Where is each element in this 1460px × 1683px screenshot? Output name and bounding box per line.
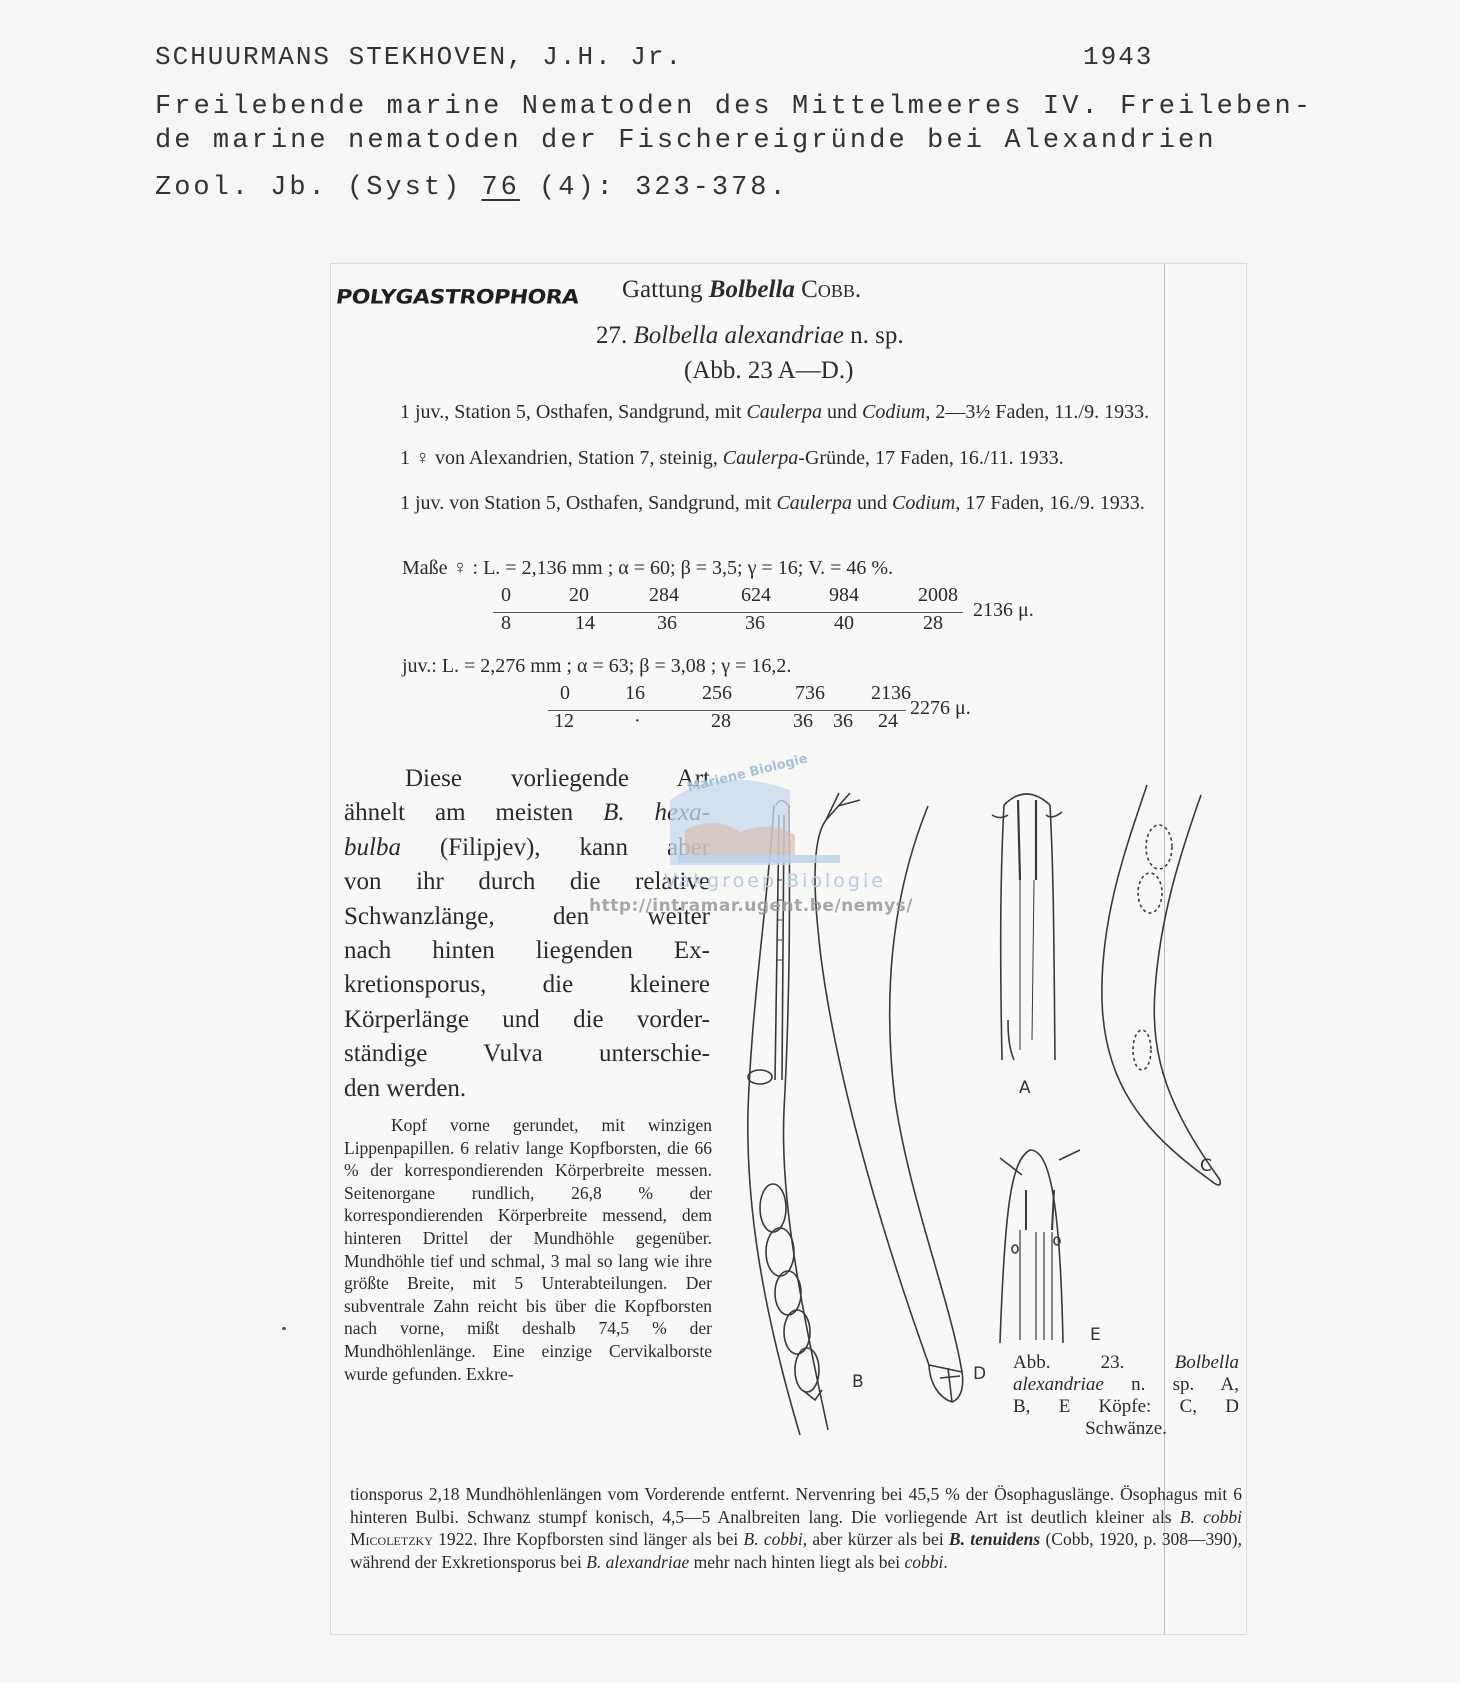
- figure-label-a: A: [1019, 1078, 1031, 1098]
- figure-label-d: D: [973, 1364, 986, 1384]
- caption-line: Abb. 23. Bolbella: [1013, 1352, 1239, 1374]
- caption-line: Schwänze.: [1013, 1418, 1239, 1440]
- discussion-line: den werden.: [344, 1072, 710, 1106]
- genus-author: Cobb.: [801, 276, 861, 303]
- figure-e-head-drawing: [1000, 1150, 1080, 1343]
- record-text: -Gründe, 17 Faden, 16./11. 1933.: [798, 447, 1063, 469]
- discussion-line: bulba (Filipjev), kann aber: [344, 831, 710, 865]
- discussion-line: Diese vorliegende Art: [344, 762, 710, 796]
- figure-c-tail-drawing: [1102, 785, 1220, 1185]
- discussion-line: kretionsporus, die kleinere: [344, 968, 710, 1002]
- record-text: und: [852, 492, 892, 514]
- record-text: 1 juv., Station 5, Osthafen, Sandgrund, …: [400, 401, 746, 423]
- formula-numerator: 2136: [871, 682, 911, 705]
- discussion-paragraph: Diese vorliegende Art ähnelt am meisten …: [344, 762, 710, 1106]
- formula-denominator: 36: [745, 612, 765, 635]
- discussion-taxon: bulba: [344, 834, 401, 861]
- taxon: B. cobbi: [1180, 1507, 1242, 1527]
- formula-bar: [493, 612, 963, 613]
- caption-line: alexandriae n. sp. A,: [1013, 1374, 1239, 1396]
- scanned-card: SCHUURMANS STEKHOVEN, J.H. Jr. 1943 Frei…: [0, 0, 1460, 1683]
- formula-numerator: 256: [702, 682, 732, 705]
- record-taxon: Codium: [892, 492, 955, 514]
- female-measurements: Maße ♀ : L. = 2,136 mm ; α = 60; β = 3,5…: [402, 557, 893, 580]
- formula-numerator: 20: [569, 584, 589, 607]
- description-text: .: [943, 1552, 947, 1572]
- figure-a-head-drawing: [992, 794, 1062, 1060]
- taxon: B. alexandriae: [586, 1552, 689, 1572]
- discussion-taxon: B. hexa-: [603, 799, 710, 826]
- formula-numerator: 0: [501, 584, 511, 607]
- watermark-band-text: Vakgroep Biologie: [664, 870, 886, 892]
- taxon: B. tenuidens: [949, 1529, 1040, 1549]
- formula-numerator: 16: [625, 682, 645, 705]
- record-3: 1 juv. von Station 5, Osthafen, Sandgrun…: [342, 492, 1234, 514]
- record-taxon: Caulerpa: [776, 492, 852, 514]
- species-suffix: n. sp.: [844, 322, 904, 349]
- formula-denominator: 40: [834, 612, 854, 635]
- record-text: 1 juv. von Station 5, Osthafen, Sandgrun…: [400, 492, 776, 514]
- formula-denominator: ·: [634, 710, 641, 733]
- author-line: SCHUURMANS STEKHOVEN, J.H. Jr.: [155, 42, 683, 72]
- scan-speck: [282, 1327, 286, 1330]
- figure-caption: Abb. 23. Bolbella alexandriae n. sp. A, …: [1013, 1352, 1239, 1440]
- figure-label-e: E: [1090, 1325, 1101, 1345]
- discussion-text: (Filipjev), kann aber: [401, 834, 710, 861]
- formula-numerator: 2008: [918, 584, 958, 607]
- formula-numerator: 736: [795, 682, 825, 705]
- description-text: , aber kürzer als bei: [803, 1529, 949, 1549]
- record-text: , 2—3½ Faden, 11./9. 1933.: [925, 401, 1149, 423]
- formula-bar: [548, 710, 906, 711]
- description-text: Kopf vorne gerundet, mit winzigen Lippen…: [344, 1115, 712, 1384]
- publication-year: 1943: [1083, 42, 1153, 72]
- description-wide: tionsporus 2,18 Mundhöhlenlängen vom Vor…: [350, 1483, 1242, 1573]
- record-taxon: Caulerpa: [723, 447, 799, 469]
- watermark-url: http://intramar.ugent.be/nemys/: [589, 896, 913, 916]
- record-text: und: [822, 401, 862, 423]
- figure-reference: (Abb. 23 A—D.): [684, 357, 853, 385]
- discussion-text: Diese vorliegende Art: [405, 765, 710, 792]
- formula-denominator: 36: [833, 710, 853, 733]
- discussion-line: nach hinten liegenden Ex-: [344, 934, 710, 968]
- formula-denominator: 14: [575, 612, 595, 635]
- title-line-1: Freilebende marine Nematoden des Mittelm…: [155, 92, 1313, 122]
- juvenile-measurements: juv.: L. = 2,276 mm ; α = 63; β = 3,08 ;…: [402, 655, 791, 678]
- species-number: 27.: [596, 322, 634, 349]
- discussion-line: ständige Vulva unterschie-: [344, 1037, 710, 1071]
- formula-numerator: 624: [741, 584, 771, 607]
- handwritten-annotation: POLYGASTROPHORA: [334, 286, 580, 309]
- caption-taxon: alexandriae: [1013, 1374, 1104, 1395]
- formula-denominator: 36: [657, 612, 677, 635]
- record-taxon: Codium: [862, 401, 925, 423]
- journal-citation: Zool. Jb. (Syst) 76 (4): 323-378.: [155, 173, 789, 203]
- record-taxon: Caulerpa: [746, 401, 822, 423]
- formula-denominator: 12: [554, 710, 574, 733]
- formula-denominator: 28: [711, 710, 731, 733]
- description-text: 1922. Ihre Kopfborsten sind länger als b…: [433, 1529, 744, 1549]
- formula-denominator: 24: [878, 710, 898, 733]
- journal-volume: 76: [481, 173, 519, 203]
- record-1: 1 juv., Station 5, Osthafen, Sandgrund, …: [342, 401, 1234, 423]
- genus-heading: Gattung Bolbella Cobb.: [622, 276, 861, 304]
- formula-numerator: 284: [649, 584, 679, 607]
- formula-denominator: 28: [923, 612, 943, 635]
- species-name: Bolbella alexandriae: [634, 322, 844, 349]
- record-2: 1 ♀ von Alexandrien, Station 7, steinig,…: [342, 447, 1234, 469]
- formula-denominator: 36: [793, 710, 813, 733]
- description-narrow: Kopf vorne gerundet, mit winzigen Lippen…: [344, 1114, 712, 1385]
- description-text: tionsporus 2,18 Mundhöhlenlängen vom Vor…: [350, 1484, 1242, 1527]
- discussion-line: ähnelt am meisten B. hexa-: [344, 796, 710, 830]
- record-text: , 17 Faden, 16./9. 1933.: [955, 492, 1144, 514]
- record-text: 1 ♀ von Alexandrien, Station 7, steinig,: [400, 447, 723, 469]
- caption-text: Abb. 23.: [1013, 1352, 1175, 1373]
- formula-total: 2136 μ.: [973, 599, 1034, 622]
- journal-name: Zool. Jb. (Syst): [155, 173, 481, 203]
- author-name: Micoletzky: [350, 1529, 433, 1549]
- formula-total: 2276 μ.: [910, 697, 971, 720]
- genus-name: Bolbella: [709, 276, 795, 303]
- description-text: mehr nach hinten liegt als bei: [689, 1552, 904, 1572]
- caption-line: B, E Köpfe: C, D: [1013, 1396, 1239, 1418]
- discussion-line: Körperlänge und die vorder-: [344, 1003, 710, 1037]
- formula-numerator: 984: [829, 584, 859, 607]
- genus-prefix: Gattung: [622, 276, 709, 303]
- species-heading: 27. Bolbella alexandriae n. sp.: [596, 322, 904, 350]
- discussion-line: von ihr durch die relative: [344, 865, 710, 899]
- taxon: B. cobbi: [744, 1529, 803, 1549]
- formula-numerator: 0: [560, 682, 570, 705]
- figure-label-b: B: [852, 1372, 864, 1392]
- discussion-text: ähnelt am meisten: [344, 799, 603, 826]
- journal-pages: (4): 323-378.: [520, 173, 789, 203]
- title-line-2: de marine nematoden der Fischereigründe …: [155, 126, 1217, 156]
- figure-label-c: C: [1200, 1156, 1212, 1176]
- caption-text: n. sp. A,: [1104, 1374, 1239, 1395]
- formula-denominator: 8: [501, 612, 511, 635]
- taxon: cobbi: [905, 1552, 944, 1572]
- caption-taxon: Bolbella: [1175, 1352, 1239, 1373]
